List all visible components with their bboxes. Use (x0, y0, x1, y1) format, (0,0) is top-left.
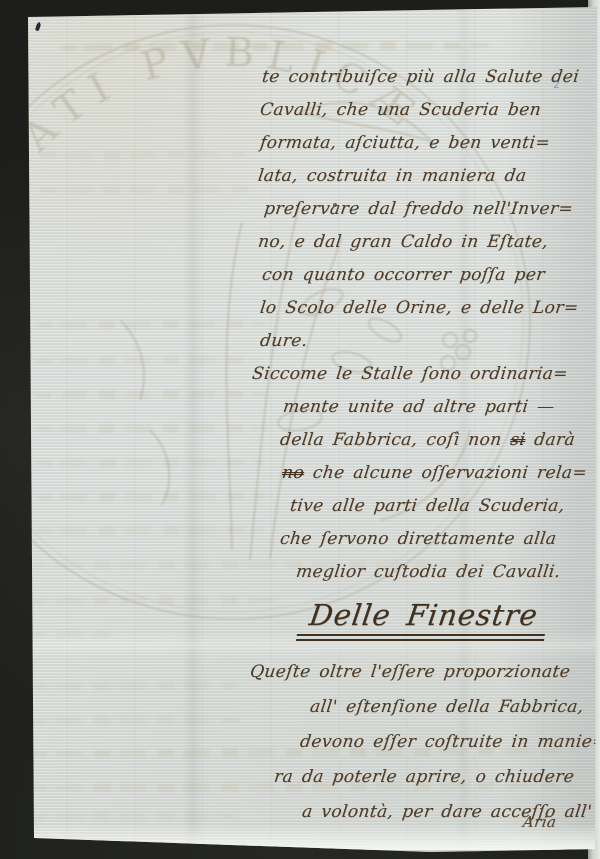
photo-background: PROSPERITATI PVBLICÆ (0, 0, 600, 859)
manuscript-line: con quanto occorrer poſſa per (250, 258, 597, 291)
bleedthrough-line (40, 184, 255, 194)
manuscript-line: ra da poterle aprire, o chiudere (250, 759, 597, 794)
section-heading: Delle Finestre (296, 598, 550, 641)
manuscript-line: mente unite ad altre parti — (250, 390, 597, 423)
manuscript-line: lata, costruita in maniera da (250, 159, 597, 192)
bleedthrough-line (30, 811, 235, 821)
bleedthrough-line (30, 595, 285, 605)
bleedthrough-line (35, 319, 265, 329)
blue-pencil-mark: 2 (553, 78, 559, 91)
bleedthrough-line (35, 355, 260, 365)
manuscript-line: no che alcune oſſervazioni rela= (250, 456, 597, 489)
manuscript-line: devono eſſer coſtruite in manie= (250, 724, 597, 759)
bleedthrough-line (60, 41, 490, 52)
manuscript-line: che ſervono direttamente alla (250, 522, 597, 555)
manuscript-line: tive alle parti della Scuderia, (250, 489, 597, 522)
bleedthrough-line (30, 715, 242, 725)
bleedthrough-line (35, 525, 265, 535)
bleedthrough-line (35, 423, 271, 433)
bleedthrough-line (35, 457, 265, 467)
ink-speck (35, 23, 41, 32)
manuscript-line: all' eſtenſione della Fabbrica, (250, 689, 597, 724)
page-bottom-edge (30, 824, 596, 850)
bleedthrough-line (35, 491, 271, 501)
manuscript-line: te contribuiſce più alla Salute dei (250, 60, 597, 93)
handwritten-text-block: te contribuiſce più alla Salute dei Cava… (250, 60, 597, 829)
manuscript-line: Queſte oltre l'eſſere proporzionate (250, 654, 597, 689)
manuscript-line: formata, aſciutta, e ben venti= (250, 126, 597, 159)
manuscript-page: PROSPERITATI PVBLICÆ (0, 0, 600, 859)
manuscript-line: lo Scolo delle Orine, e delle Lor= (250, 291, 597, 324)
bleedthrough-line (30, 681, 242, 691)
manuscript-line: Siccome le Stalle ſono ordinaria= (250, 357, 597, 390)
bleedthrough-line (35, 389, 267, 399)
bleedthrough-line (40, 149, 245, 159)
vertical-crease (182, 0, 204, 859)
manuscript-line: Cavalli, che una Scuderia ben (250, 93, 597, 126)
ink-speck (333, 203, 337, 207)
manuscript-line: preſervare dal freddo nell'Inver= (250, 192, 597, 225)
manuscript-line: della Fabbrica, coſì non si darà (250, 423, 597, 456)
manuscript-line: no, e dal gran Caldo in Eſtate, (250, 225, 597, 258)
struck-word: no (281, 463, 305, 483)
manuscript-line: meglior cuſtodia dei Cavalli. (250, 555, 597, 588)
manuscript-line: dure. (250, 324, 597, 357)
